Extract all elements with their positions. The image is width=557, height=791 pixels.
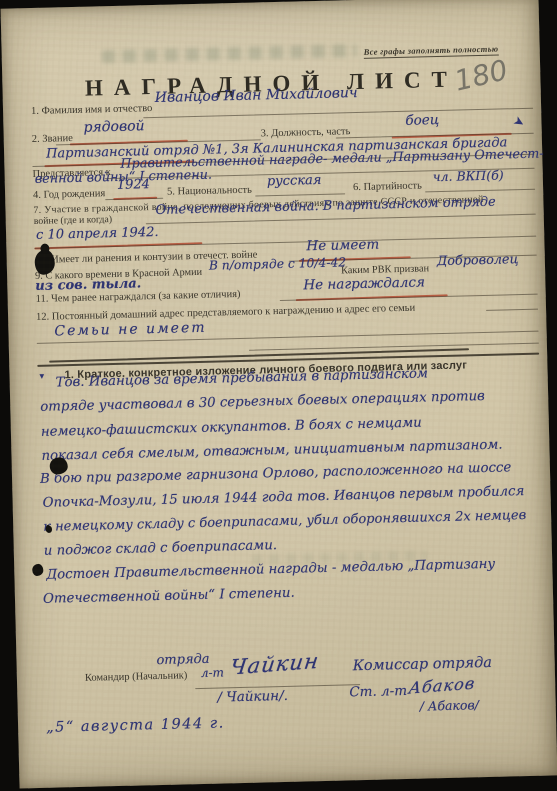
citation-line: Достоен Правительственной награды - меда… [46, 557, 495, 583]
award-sheet-paper: Все графы заполнять полностью НАГРАДНОЙ … [1, 0, 557, 788]
citation-line: Опочка-Мозули, 15 июля 1944 года тов. Ив… [42, 484, 524, 511]
field-7-value-2: с 10 апреля 1942. [36, 225, 159, 243]
field-7-value-1: Отечественная война. В партизанском отря… [155, 195, 496, 218]
commander-rank: л-т [201, 665, 224, 680]
fill-all-note: Все графы заполнять полностью [364, 44, 499, 59]
field-7-label-2: войне (где и когда) [34, 214, 113, 227]
citation-line: показал себя смелым, отважным, инициатив… [41, 438, 502, 464]
blue-check-mark: ▾ [39, 372, 44, 382]
field-10-value: Доброволец [437, 252, 519, 269]
citation-line: В бою при разгроме гарнизона Орлово, рас… [40, 460, 512, 487]
citation-line: Отечественной войны“ I степени. [43, 586, 295, 607]
commander-name: / Чайкин/. [217, 688, 288, 706]
field-6-label: 6. Партийность [353, 180, 422, 193]
field-6-value: чл. ВКП(б) [433, 167, 504, 184]
citation-line: немецко-фашистских оккупантов. В боях с … [41, 416, 422, 440]
field-1-label: 1. Фамилия имя и отчество [31, 103, 153, 117]
citation-line: и поджог склад с боеприпасами. [44, 538, 278, 559]
field-11-value: Не награждался [303, 274, 425, 293]
field-5-label: 5. Национальность [167, 185, 252, 198]
field-12-label: 12. Постоянный домашний адрес представля… [36, 303, 415, 323]
scanned-document-photo: Все графы заполнять полностью НАГРАДНОЙ … [0, 0, 557, 791]
field-4-value: 1924 [117, 177, 150, 193]
ruled-line [105, 198, 163, 200]
commissar-rank: Ст. л-т [349, 683, 407, 700]
citation-line: отряде участвовал в 30 серьезных боевых … [40, 389, 485, 415]
commissar-name: / Абаков/ [420, 697, 480, 713]
commander-signature: Чайкин [229, 649, 321, 680]
form-content: Все графы заполнять полностью НАГРАДНОЙ … [1, 0, 557, 788]
ruled-line [255, 193, 345, 196]
blue-arrow-mark: ➤ [510, 112, 528, 131]
field-8-value: Не имеет [306, 237, 379, 255]
field-9-value: В п/отряде с 10/4-42 [209, 255, 347, 272]
field-4-label: 4. Год рождения [33, 188, 105, 201]
field-5-value: русская [267, 173, 322, 189]
commissar-title: Комиссар отряда [353, 655, 493, 674]
commissar-signature: Абаков [408, 674, 477, 698]
ruled-line [143, 108, 533, 119]
ruled-line [425, 189, 535, 193]
ink-blot [32, 564, 43, 576]
field-2-value: рядовой [83, 118, 145, 135]
commander-label: Командир (Начальник) [85, 670, 188, 683]
field-3-value: боец [405, 112, 439, 129]
field-12-value: Семьи не имеет [54, 320, 206, 340]
document-date: „5“ августа 1944 г. [46, 715, 225, 735]
citation-line: к немецкому складу с боеприпасами, убил … [43, 508, 526, 535]
ruled-line [486, 309, 538, 311]
faint-stamp [102, 44, 357, 63]
